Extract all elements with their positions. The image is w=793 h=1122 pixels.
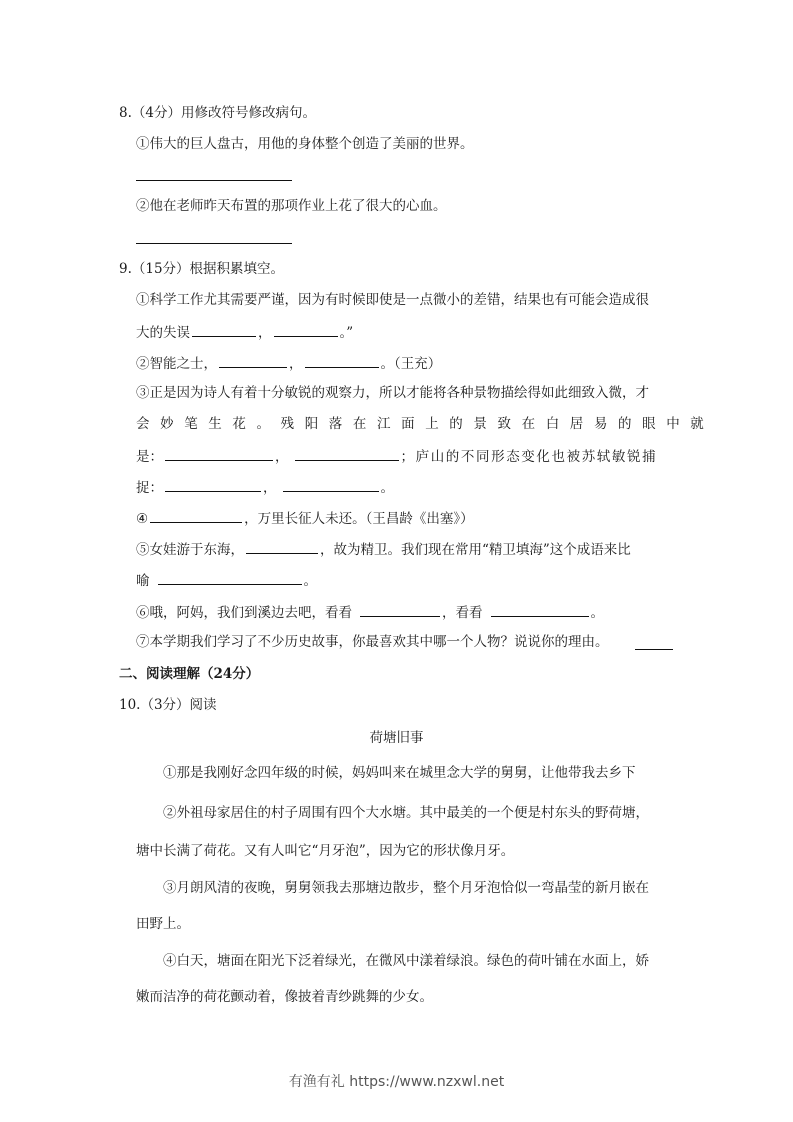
q9-item-4-blank[interactable] <box>150 508 242 523</box>
passage-title: 荷塘旧事 <box>0 729 793 747</box>
q9-item-3-end: 。 <box>381 480 395 496</box>
q9-item-7: ⑦本学期我们学习了不少历史故事，你最喜欢其中哪一个人物？说说你的理由。 <box>136 633 609 651</box>
q9-item-1-line-2: 大的失误，。” <box>136 322 353 342</box>
q9-header: 9.（15分）根据积累填空。 <box>119 260 284 278</box>
q9-item-6-end: 。 <box>591 605 605 621</box>
q9-item-6-blank-2[interactable] <box>491 602 589 617</box>
q9-item-5-line-2: 喻。 <box>136 570 317 590</box>
separator: ， <box>275 449 289 465</box>
q9-item-1-end: 。” <box>340 325 354 341</box>
separator: ， <box>263 480 277 496</box>
q9-item-3-line-3: 是：，；庐山的不同形态变化也被苏轼敏锐捕 <box>136 446 657 466</box>
paragraph-1: ①那是我刚好念四年级的时候，妈妈叫来在城里念大学的舅舅，让他带我去乡下 <box>163 764 636 782</box>
q9-item-3-mid: ；庐山的不同形态变化也被苏轼敏锐捕 <box>401 449 658 465</box>
q9-item-3-line-2: 会妙笔生花。残阳落在江面上的景致在白居易的眼中就 <box>136 415 714 433</box>
q9-item-3-blank-2[interactable] <box>295 446 399 461</box>
paragraph-3-line-2: 田野上。 <box>136 915 190 933</box>
q9-item-4-suffix: ，万里长征人未还。（王昌龄《出塞》） <box>244 511 474 527</box>
q9-item-2: ②智能之士，，。（王充） <box>136 353 441 373</box>
paragraph-4-line-1: ④白天，塘面在阳光下泛着绿光，在微风中漾着绿浪。绿色的荷叶铺在水面上，娇 <box>163 952 649 970</box>
q9-item-5-prefix-2: 喻 <box>136 573 150 589</box>
q9-item-2-end: 。（王充） <box>381 356 442 372</box>
q9-item-3-blank-1[interactable] <box>165 446 273 461</box>
q9-item-6-prefix: ⑥哦，阿妈，我们到溪边去吧，看看 <box>136 605 352 621</box>
paragraph-2-line-2: 塘中长满了荷花。又有人叫它“月牙泡”，因为它的形状像月牙。 <box>136 842 514 860</box>
q9-item-2-blank-2[interactable] <box>305 353 379 368</box>
q9-item-5-blank-1[interactable] <box>246 539 318 554</box>
q9-item-3-blank-3[interactable] <box>165 477 261 492</box>
q9-item-6-sep: ，看看 <box>442 605 483 621</box>
separator: ， <box>289 356 303 372</box>
q9-item-3-prefix-2: 捉： <box>136 480 163 496</box>
paragraph-2-line-1: ②外祖母家居住的村子周围有四个大水塘。其中最美的一个便是村东头的野荷塘， <box>163 804 649 822</box>
q9-item-1-blank-2[interactable] <box>274 322 338 337</box>
q9-item-4-prefix: ④ <box>136 511 148 527</box>
q9-item-5-prefix: ⑤女娃游于东海， <box>136 542 244 558</box>
q8-header: 8.（4分）用修改符号修改病句。 <box>119 104 316 122</box>
footer-watermark: 有渔有礼 https://www.nzxwl.net <box>0 1071 793 1091</box>
q8-item-2: ②他在老师昨天布置的那项作业上花了很大的心血。 <box>136 197 447 215</box>
q9-item-1-blank-1[interactable] <box>192 322 256 337</box>
q9-item-5-line-1: ⑤女娃游于东海，，故为精卫。我们现在常用“精卫填海”这个成语来比 <box>136 539 631 559</box>
q9-item-1-line-1: ①科学工作尤其需要严谨，因为有时候即使是一点微小的差错，结果也有可能会造成很 <box>136 291 649 309</box>
q9-item-3-blank-4[interactable] <box>283 477 379 492</box>
separator: ， <box>258 325 272 341</box>
q9-item-3-line-1: ③正是因为诗人有着十分敏锐的观察力，所以才能将各种景物描绘得如此细致入微，才 <box>136 384 649 402</box>
q9-item-5-blank-2[interactable] <box>158 570 302 585</box>
q9-item-5-end: 。 <box>304 573 318 589</box>
q8-item-1-answer-line[interactable] <box>136 180 292 181</box>
q9-item-1-prefix: 大的失误 <box>136 325 190 341</box>
q9-item-4: ④，万里长征人未还。（王昌龄《出塞》） <box>136 508 474 528</box>
q10-header: 10.（3分）阅读 <box>119 696 217 714</box>
paragraph-4-line-2: 嫩而洁净的荷花颤动着，像披着青纱跳舞的少女。 <box>136 988 433 1006</box>
q9-item-5-suffix: ，故为精卫。我们现在常用“精卫填海”这个成语来比 <box>320 542 631 558</box>
q9-item-6-blank-1[interactable] <box>360 602 440 617</box>
q8-item-1: ①伟大的巨人盘古，用他的身体整个创造了美丽的世界。 <box>136 135 474 153</box>
q9-item-6: ⑥哦，阿妈，我们到溪边去吧，看看，看看。 <box>136 602 604 622</box>
section-2-header: 二、阅读理解（24分） <box>119 665 259 683</box>
paragraph-3-line-1: ③月朗风清的夜晚，舅舅领我去那塘边散步，整个月牙泡恰似一弯晶莹的新月嵌在 <box>163 879 649 897</box>
q9-item-7-answer-line[interactable] <box>635 649 673 650</box>
q9-item-2-blank-1[interactable] <box>219 353 287 368</box>
q9-item-3-prefix: 是： <box>136 449 163 465</box>
exam-page: 8.（4分）用修改符号修改病句。 ①伟大的巨人盘古，用他的身体整个创造了美丽的世… <box>0 0 793 1122</box>
q9-item-3-line-4: 捉：，。 <box>136 477 394 497</box>
q9-item-2-prefix: ②智能之士， <box>136 356 217 372</box>
q8-item-2-answer-line[interactable] <box>136 243 292 244</box>
